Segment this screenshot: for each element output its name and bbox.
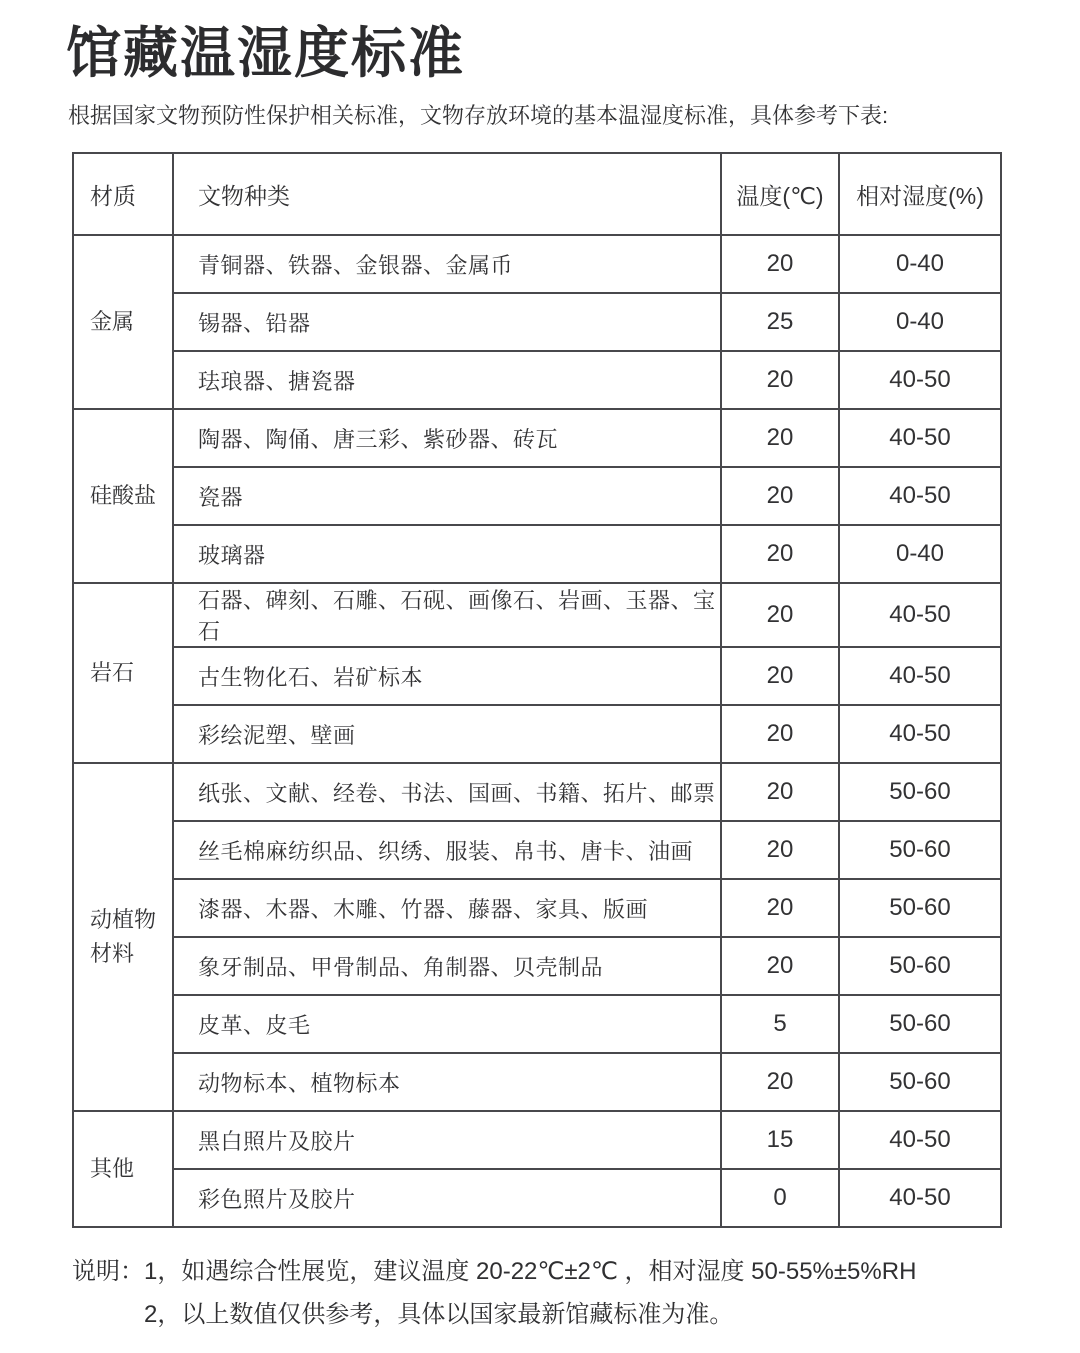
material-cell: 金属 (73, 235, 173, 409)
artifact-types-cell: 玻璃器 (173, 525, 721, 583)
humidity-cell: 40-50 (839, 467, 1001, 525)
artifact-types-cell: 瓷器 (173, 467, 721, 525)
header-temperature: 温度(℃) (721, 153, 839, 235)
humidity-cell: 40-50 (839, 1111, 1001, 1169)
temperature-cell: 20 (721, 409, 839, 467)
artifact-types-cell: 黑白照片及胶片 (173, 1111, 721, 1169)
table-row: 彩绘泥塑、壁画2040-50 (73, 705, 1001, 763)
temperature-cell: 20 (721, 937, 839, 995)
humidity-cell: 40-50 (839, 705, 1001, 763)
page-subtitle: 根据国家文物预防性保护相关标准，文物存放环境的基本温湿度标准，具体参考下表: (68, 101, 1080, 131)
temperature-cell: 20 (721, 705, 839, 763)
artifact-types-cell: 石器、碑刻、石雕、石砚、画像石、岩画、玉器、宝石 (173, 583, 721, 647)
notes-items: 1，如遇综合性展览，建议温度 20-22℃±2℃ ，相对湿度 50-55%±5%… (144, 1250, 1080, 1336)
humidity-cell: 40-50 (839, 583, 1001, 647)
material-cell: 其他 (73, 1111, 173, 1227)
artifact-types-cell: 彩色照片及胶片 (173, 1169, 721, 1227)
notes-label: 说明： (72, 1250, 144, 1336)
table-body: 金属青铜器、铁器、金银器、金属币200-40锡器、铅器250-40珐琅器、搪瓷器… (73, 235, 1001, 1227)
page-title: 馆藏温湿度标准 (0, 0, 1080, 86)
temperature-cell: 20 (721, 235, 839, 293)
artifact-types-cell: 纸张、文献、经卷、书法、国画、书籍、拓片、邮票 (173, 763, 721, 821)
table-row: 锡器、铅器250-40 (73, 293, 1001, 351)
humidity-cell: 0-40 (839, 235, 1001, 293)
temperature-cell: 0 (721, 1169, 839, 1227)
temperature-cell: 20 (721, 1053, 839, 1111)
header-humidity: 相对湿度(%) (839, 153, 1001, 235)
temperature-cell: 20 (721, 525, 839, 583)
artifact-types-cell: 古生物化石、岩矿标本 (173, 647, 721, 705)
artifact-types-cell: 彩绘泥塑、壁画 (173, 705, 721, 763)
table-row: 硅酸盐陶器、陶俑、唐三彩、紫砂器、砖瓦2040-50 (73, 409, 1001, 467)
artifact-types-cell: 漆器、木器、木雕、竹器、藤器、家具、版画 (173, 879, 721, 937)
artifact-types-cell: 珐琅器、搪瓷器 (173, 351, 721, 409)
document-page: 馆藏温湿度标准 根据国家文物预防性保护相关标准，文物存放环境的基本温湿度标准，具… (0, 0, 1080, 1353)
artifact-types-cell: 锡器、铅器 (173, 293, 721, 351)
humidity-cell: 50-60 (839, 763, 1001, 821)
table-row: 玻璃器200-40 (73, 525, 1001, 583)
table-row: 金属青铜器、铁器、金银器、金属币200-40 (73, 235, 1001, 293)
table-row: 其他黑白照片及胶片1540-50 (73, 1111, 1001, 1169)
humidity-cell: 0-40 (839, 525, 1001, 583)
temperature-cell: 20 (721, 647, 839, 705)
table-row: 象牙制品、甲骨制品、角制器、贝壳制品2050-60 (73, 937, 1001, 995)
artifact-types-cell: 陶器、陶俑、唐三彩、紫砂器、砖瓦 (173, 409, 721, 467)
header-material: 材质 (73, 153, 173, 235)
table-row: 动植物材料纸张、文献、经卷、书法、国画、书籍、拓片、邮票2050-60 (73, 763, 1001, 821)
humidity-cell: 50-60 (839, 937, 1001, 995)
temperature-cell: 20 (721, 821, 839, 879)
table-row: 彩色照片及胶片040-50 (73, 1169, 1001, 1227)
temperature-cell: 5 (721, 995, 839, 1053)
humidity-cell: 40-50 (839, 351, 1001, 409)
note-item-2: 2，以上数值仅供参考，具体以国家最新馆藏标准为准。 (144, 1293, 1080, 1336)
table-row: 岩石石器、碑刻、石雕、石砚、画像石、岩画、玉器、宝石2040-50 (73, 583, 1001, 647)
temperature-cell: 20 (721, 583, 839, 647)
material-cell: 动植物材料 (73, 763, 173, 1111)
temperature-cell: 20 (721, 879, 839, 937)
artifact-types-cell: 丝毛棉麻纺织品、织绣、服装、帛书、唐卡、油画 (173, 821, 721, 879)
humidity-cell: 50-60 (839, 879, 1001, 937)
table-row: 珐琅器、搪瓷器2040-50 (73, 351, 1001, 409)
table-row: 瓷器2040-50 (73, 467, 1001, 525)
table-row: 丝毛棉麻纺织品、织绣、服装、帛书、唐卡、油画2050-60 (73, 821, 1001, 879)
table-row: 漆器、木器、木雕、竹器、藤器、家具、版画2050-60 (73, 879, 1001, 937)
humidity-cell: 50-60 (839, 995, 1001, 1053)
temperature-cell: 20 (721, 763, 839, 821)
artifact-types-cell: 象牙制品、甲骨制品、角制器、贝壳制品 (173, 937, 721, 995)
table-header-row: 材质 文物种类 温度(℃) 相对湿度(%) (73, 153, 1001, 235)
temperature-cell: 15 (721, 1111, 839, 1169)
temperature-cell: 20 (721, 351, 839, 409)
material-cell: 硅酸盐 (73, 409, 173, 583)
material-cell: 岩石 (73, 583, 173, 763)
artifact-types-cell: 皮革、皮毛 (173, 995, 721, 1053)
table-row: 古生物化石、岩矿标本2040-50 (73, 647, 1001, 705)
table-row: 皮革、皮毛550-60 (73, 995, 1001, 1053)
artifact-types-cell: 动物标本、植物标本 (173, 1053, 721, 1111)
notes-section: 说明： 1，如遇综合性展览，建议温度 20-22℃±2℃ ，相对湿度 50-55… (72, 1250, 1080, 1336)
header-artifact-types: 文物种类 (173, 153, 721, 235)
humidity-cell: 0-40 (839, 293, 1001, 351)
artifact-types-cell: 青铜器、铁器、金银器、金属币 (173, 235, 721, 293)
temperature-cell: 20 (721, 467, 839, 525)
temperature-humidity-table: 材质 文物种类 温度(℃) 相对湿度(%) 金属青铜器、铁器、金银器、金属币20… (72, 152, 1002, 1228)
humidity-cell: 40-50 (839, 1169, 1001, 1227)
temperature-cell: 25 (721, 293, 839, 351)
humidity-cell: 40-50 (839, 409, 1001, 467)
humidity-cell: 50-60 (839, 821, 1001, 879)
table-row: 动物标本、植物标本2050-60 (73, 1053, 1001, 1111)
humidity-cell: 50-60 (839, 1053, 1001, 1111)
note-item-1: 1，如遇综合性展览，建议温度 20-22℃±2℃ ，相对湿度 50-55%±5%… (144, 1250, 1080, 1293)
humidity-cell: 40-50 (839, 647, 1001, 705)
